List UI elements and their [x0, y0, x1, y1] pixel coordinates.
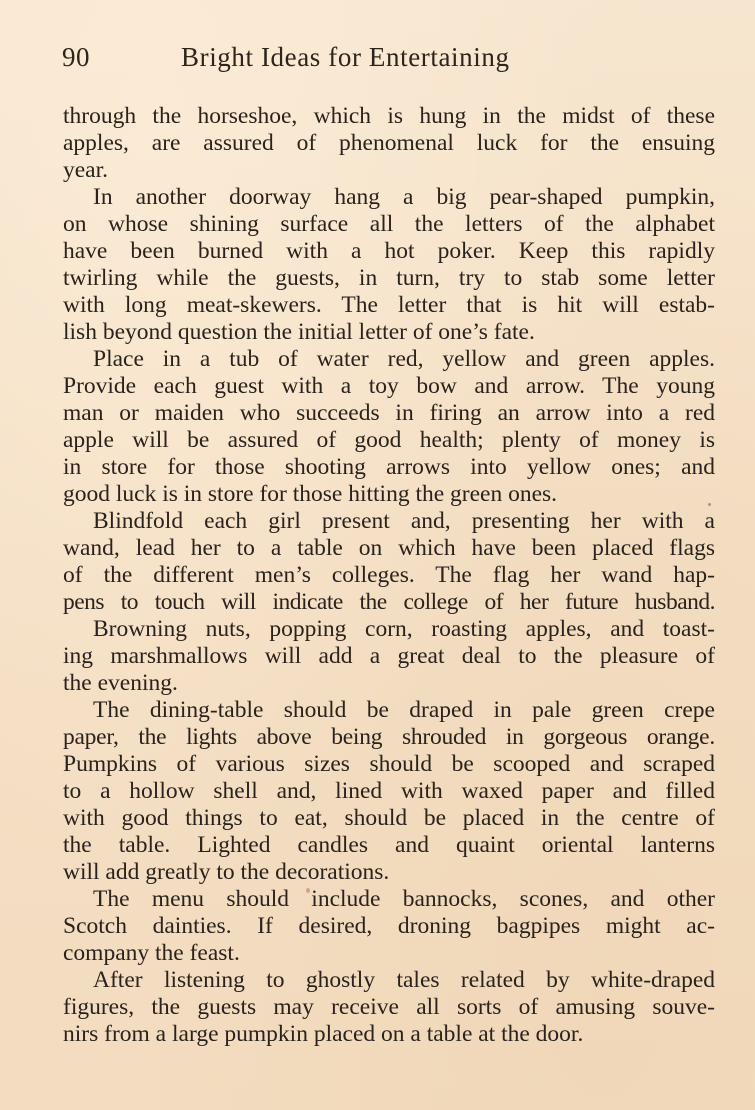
text-line: In another doorway hang a big pear-shape… — [63, 184, 715, 211]
paragraph: Browning nuts, popping corn, roasting ap… — [63, 616, 715, 697]
text-line: The dining-table should be draped in pal… — [63, 697, 715, 724]
text-line: Scotch dainties. If desired, droning bag… — [63, 913, 715, 940]
text-line: the table. Lighted candles and quaint or… — [63, 832, 715, 859]
text-line: on whose shining surface all the letters… — [63, 211, 715, 238]
text-line: Browning nuts, popping corn, roasting ap… — [63, 616, 715, 643]
text-line: Place in a tub of water red, yellow and … — [63, 346, 715, 373]
text-line: good luck is in store for those hitting … — [63, 481, 715, 508]
text-line: company the feast. — [63, 940, 715, 967]
text-line: the evening. — [63, 670, 715, 697]
text-line: to a hollow shell and, lined with waxed … — [63, 778, 715, 805]
paragraph: Place in a tub of water red, yellow and … — [63, 346, 715, 508]
text-line: with long meat-skewers. The letter that … — [63, 292, 715, 319]
text-line: wand, lead her to a table on which have … — [63, 535, 715, 562]
text-line: Blindfold each girl present and, present… — [63, 508, 715, 535]
text-line: will add greatly to the decorations. — [63, 859, 715, 886]
text-line: The menu should include bannocks, scones… — [63, 886, 715, 913]
paragraph: Blindfold each girl present and, present… — [63, 508, 715, 616]
paragraph: The menu should include bannocks, scones… — [63, 886, 715, 967]
paper-speck — [708, 503, 711, 506]
text-line: ing marshmallows will add a great deal t… — [63, 643, 715, 670]
text-line: paper, the lights above being shrouded i… — [63, 724, 715, 751]
text-line: year. — [63, 157, 715, 184]
text-line: nirs from a large pumpkin placed on a ta… — [63, 1021, 715, 1048]
text-line: through the horseshoe, which is hung in … — [63, 103, 715, 130]
paragraph: The dining-table should be draped in pal… — [63, 697, 715, 886]
paragraph: through the horseshoe, which is hung in … — [63, 103, 715, 184]
text-line: pens to touch will indicate the college … — [63, 589, 715, 616]
text-line: Pumpkins of various sizes should be scoo… — [63, 751, 715, 778]
text-line: After listening to ghostly tales related… — [63, 967, 715, 994]
text-line: apples, are assured of phenomenal luck f… — [63, 130, 715, 157]
book-page: 90 Bright Ideas for Entertaining through… — [0, 0, 755, 1110]
running-title: Bright Ideas for Entertaining — [181, 42, 510, 73]
text-line: apple will be assured of good health; pl… — [63, 427, 715, 454]
text-line: lish beyond question the initial letter … — [63, 319, 715, 346]
text-line: have been burned with a hot poker. Keep … — [63, 238, 715, 265]
paper-speck — [306, 888, 310, 893]
text-line: of the different men’s colleges. The fla… — [63, 562, 715, 589]
running-head: 90 Bright Ideas for Entertaining — [62, 40, 712, 80]
paragraph: In another doorway hang a big pear-shape… — [63, 184, 715, 346]
text-line: figures, the guests may receive all sort… — [63, 994, 715, 1021]
text-line: man or maiden who succeeds in firing an … — [63, 400, 715, 427]
text-line: with good things to eat, should be place… — [63, 805, 715, 832]
body-text: through the horseshoe, which is hung in … — [63, 103, 715, 1048]
paragraph: After listening to ghostly tales related… — [63, 967, 715, 1048]
text-line: in store for those shooting arrows into … — [63, 454, 715, 481]
text-line: Provide each guest with a toy bow and ar… — [63, 373, 715, 400]
page-number: 90 — [62, 42, 90, 73]
text-line: twirling while the guests, in turn, try … — [63, 265, 715, 292]
